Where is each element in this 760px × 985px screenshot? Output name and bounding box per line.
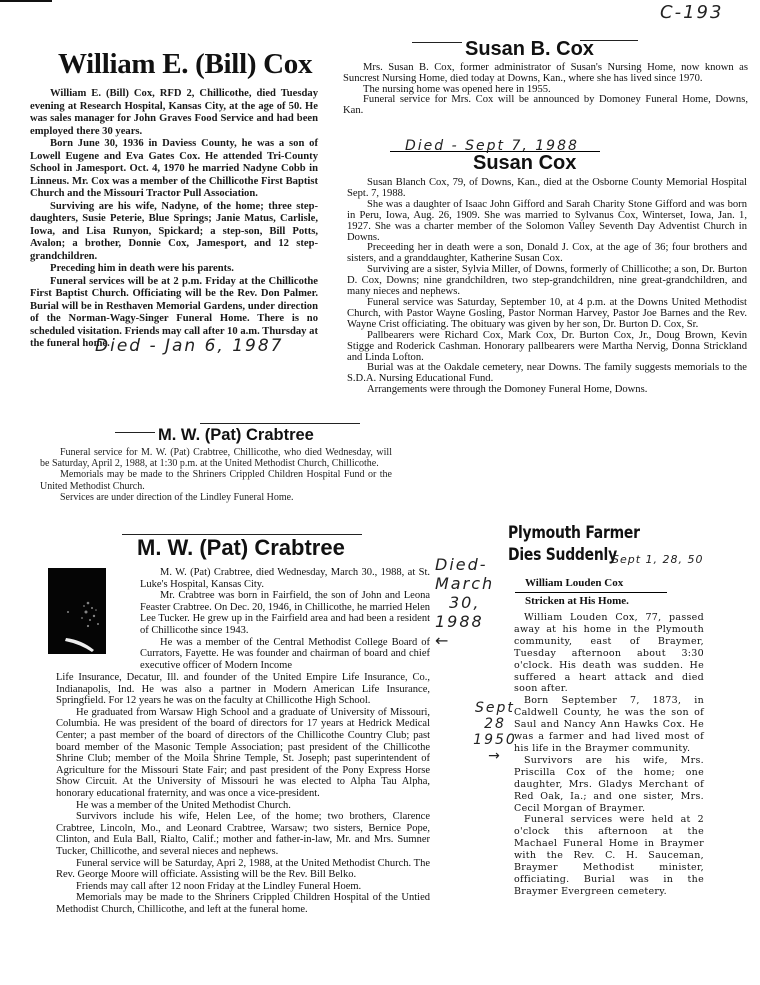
paragraph: He was a member of the Central Methodist… xyxy=(140,637,430,672)
paragraph: Mrs. Susan B. Cox, former administrator … xyxy=(343,63,748,85)
portrait-photo xyxy=(48,568,106,654)
arrow-left-icon: ← xyxy=(435,631,495,650)
paragraph: Memorials may be made to the Shriners Cr… xyxy=(56,892,430,915)
paragraph: Friends may call after 12 noon Friday at… xyxy=(56,881,430,893)
handwritten-death-date: Died - Jan 6, 1987 xyxy=(95,336,284,356)
headline: Susan Cox xyxy=(473,152,576,175)
paragraph: Services are under direction of the Lind… xyxy=(40,492,392,503)
paragraph: Funeral service was Saturday, September … xyxy=(347,298,747,331)
page-number-handwritten: C-193 xyxy=(660,2,723,23)
paragraph: Preceeding her in death were a son, Dona… xyxy=(347,243,747,265)
paragraph: William E. (Bill) Cox, RFD 2, Chillicoth… xyxy=(30,88,318,138)
article-body: Funeral service for M. W. (Pat) Crabtree… xyxy=(40,447,392,503)
paragraph: Burial was at the Oakdale cemetery, near… xyxy=(347,363,747,385)
paragraph: Survivors are his wife, Mrs. Priscilla C… xyxy=(514,755,704,815)
article-body: Mrs. Susan B. Cox, former administrator … xyxy=(343,63,748,117)
paragraph: Preceding him in death were his parents. xyxy=(30,263,318,276)
paragraph: Surviving are a sister, Sylvia Miller, o… xyxy=(347,265,747,298)
article-body: Life Insurance, Decatur, Ill. and founde… xyxy=(56,672,430,915)
article-body: William Louden Cox, 77, passed away at h… xyxy=(514,612,704,898)
paragraph: Born September 7, 1873, in Caldwell Coun… xyxy=(514,695,704,755)
paragraph: Arrangements were through the Domoney Fu… xyxy=(347,385,747,396)
arrow-right-icon: → xyxy=(465,748,525,764)
subheadline: Stricken at His Home. xyxy=(525,595,629,607)
headline: William E. (Bill) Cox xyxy=(58,48,312,81)
paragraph: Life Insurance, Decatur, Ill. and founde… xyxy=(56,672,430,707)
paragraph: Funeral services were held at 2 o'clock … xyxy=(514,814,704,897)
article-body: William E. (Bill) Cox, RFD 2, Chillicoth… xyxy=(30,88,318,351)
divider xyxy=(200,423,360,424)
paragraph: Susan Blanch Cox, 79, of Downs, Kan., di… xyxy=(347,178,747,200)
paragraph: Mr. Crabtree was born in Fairfield, the … xyxy=(140,590,430,636)
divider xyxy=(515,592,667,593)
paragraph: William Louden Cox, 77, passed away at h… xyxy=(514,612,704,695)
headline: Susan B. Cox xyxy=(465,38,594,61)
paragraph: Born June 30, 1936 in Daviess County, he… xyxy=(30,138,318,201)
paragraph: Memorials may be made to the Shriners Cr… xyxy=(40,469,392,491)
paragraph: Pallbearers were Richard Cox, Mark Cox, … xyxy=(347,331,747,364)
paragraph: Funeral service for M. W. (Pat) Crabtree… xyxy=(40,447,392,469)
article-body: Susan Blanch Cox, 79, of Downs, Kan., di… xyxy=(347,178,747,396)
paragraph: Survivors include his wife, Helen Lee, o… xyxy=(56,811,430,857)
paragraph: He was a member of the United Methodist … xyxy=(56,800,430,812)
paragraph: M. W. (Pat) Crabtree, died Wednesday, Ma… xyxy=(140,567,430,590)
headline: M. W. (Pat) Crabtree xyxy=(158,426,314,445)
subheadline: William Louden Cox xyxy=(525,577,623,589)
paragraph: Funeral service will be Saturday, Apri 2… xyxy=(56,858,430,881)
clipping-edge xyxy=(0,0,52,2)
article-body-top: M. W. (Pat) Crabtree, died Wednesday, Ma… xyxy=(140,567,430,671)
divider xyxy=(412,42,462,43)
paragraph: Surviving are his wife, Nadyne, of the h… xyxy=(30,201,318,264)
paragraph: She was a daughter of Isaac John Gifford… xyxy=(347,200,747,244)
paragraph: Funeral service for Mrs. Cox will be ann… xyxy=(343,95,748,117)
handwritten-death-date: Died- March 30, 1988 ← xyxy=(435,555,495,650)
handwritten-date: Sept 1, 28, 50 xyxy=(612,553,704,566)
handwritten-death-date: Sept 28 1950 → xyxy=(465,700,525,764)
paragraph: He graduated from Warsaw High School and… xyxy=(56,707,430,800)
headline: M. W. (Pat) Crabtree xyxy=(137,535,345,561)
divider xyxy=(115,432,155,433)
